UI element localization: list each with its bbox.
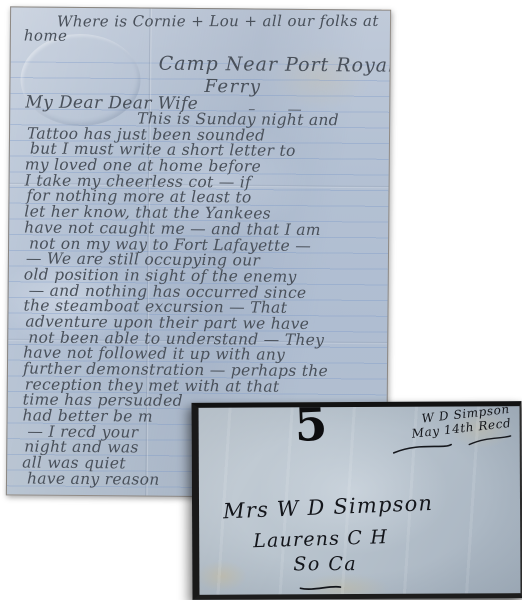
address-line-recipient: Mrs W D Simpson (223, 491, 434, 523)
letter-and-cover-photo: Where is Cornie + Lou + all our folks at… (0, 0, 522, 600)
envelope-cover: 5 W D Simpson May 14th Recd Mrs W D Simp… (191, 401, 522, 600)
letter-dateline: Camp Near Port Royal (159, 53, 392, 77)
letter-dateline: Ferry (204, 76, 261, 97)
letter-annotation-line: home (24, 26, 68, 44)
docket-note: W D Simpson May 14th Recd (388, 402, 514, 459)
address-line-state: So Ca (293, 553, 357, 575)
letter-annotation-line: Where is Cornie + Lou + all our folks at (57, 12, 379, 31)
postal-rate-5-marking: 5 (294, 401, 329, 449)
address-underline-flourish-icon (297, 577, 343, 596)
address-line-town: Laurens C H (253, 526, 389, 552)
